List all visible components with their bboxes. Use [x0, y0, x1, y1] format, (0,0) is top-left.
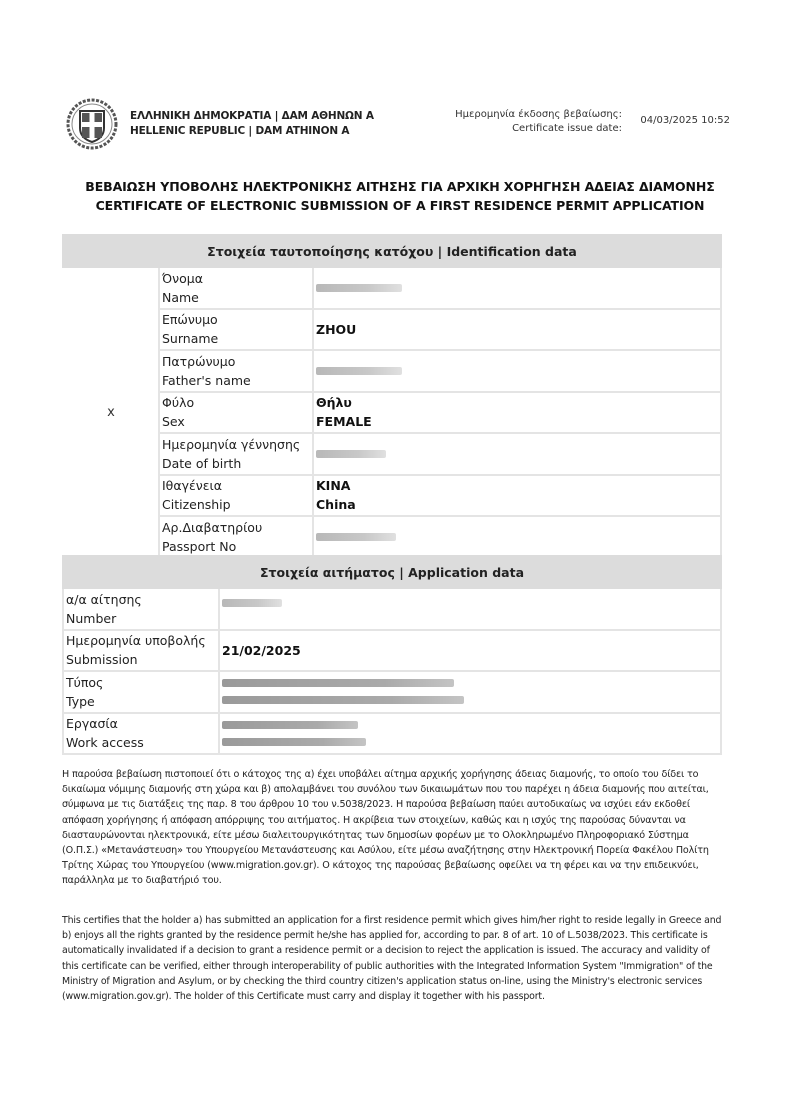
label-gr: Όνομα: [162, 269, 312, 288]
label-en: Number: [66, 609, 218, 628]
sex-value-gr: Θήλυ: [316, 393, 720, 412]
app-row-type: ΤύποςType: [63, 671, 721, 713]
redacted-value: [222, 679, 454, 687]
redacted-value: [222, 738, 366, 746]
label-gr: Ημερομηνία υποβολής: [66, 631, 218, 650]
label-en: Date of birth: [162, 454, 312, 473]
label-en: Surname: [162, 329, 312, 348]
label-gr: Φύλο: [162, 393, 312, 412]
label-en: Father's name: [162, 371, 312, 390]
id-row-surname: ΕπώνυμοSurname ZHOU: [63, 309, 721, 351]
submission-date-value: 21/02/2025: [219, 630, 721, 672]
id-row-citizenship: ΙθαγένειαCitizenship KINAChina: [63, 475, 721, 517]
label-gr: Τύπος: [66, 673, 218, 692]
application-table: Στοιχεία αιτήματος | Application data α/…: [62, 555, 722, 755]
sex-value-en: FEMALE: [316, 412, 720, 431]
citizenship-value-en: China: [316, 495, 720, 514]
label-en: Work access: [66, 733, 218, 752]
app-row-number: α/α αίτησηςNumber: [63, 588, 721, 630]
id-row-name: x ΌνομαName: [63, 267, 721, 309]
issue-date-label-gr: Ημερομηνία έκδοσης βεβαίωσης:: [455, 108, 622, 122]
photo-placeholder: x: [63, 267, 159, 558]
label-gr: Επώνυμο: [162, 310, 312, 329]
surname-value: ZHOU: [313, 309, 721, 351]
id-row-sex: ΦύλοSex ΘήλυFEMALE: [63, 392, 721, 434]
issue-date-value: 04/03/2025 10:52: [640, 115, 730, 126]
id-row-passport-no: Αρ.ΔιαβατηρίουPassport No: [63, 516, 721, 558]
label-en: Passport No: [162, 537, 312, 556]
label-gr: Αρ.Διαβατηρίου: [162, 518, 312, 537]
statement-greek: Η παρούσα βεβαίωση πιστοποιεί ότι ο κάτο…: [62, 767, 722, 889]
issue-date-label-en: Certificate issue date:: [455, 122, 622, 136]
issuer-block: ΕΛΛΗΝΙΚΗ ΔΗΜΟΚΡΑΤΙΑ | ΔΑΜ ΑΘΗΝΩΝ Α HELLE…: [130, 109, 374, 139]
redacted-value: [222, 721, 358, 729]
redacted-value: [222, 599, 282, 607]
id-row-fathers-name: ΠατρώνυμοFather's name: [63, 350, 721, 392]
label-en: Sex: [162, 412, 312, 431]
identification-heading: Στοιχεία ταυτοποίησης κατόχου | Identifi…: [63, 235, 721, 267]
redacted-value: [222, 696, 464, 704]
label-gr: Εργασία: [66, 714, 218, 733]
statement-english: This certifies that the holder a) has su…: [62, 913, 722, 1004]
redacted-value: [316, 284, 402, 292]
app-row-submission: Ημερομηνία υποβολήςSubmission 21/02/2025: [63, 630, 721, 672]
coat-of-arms-icon: [66, 98, 118, 150]
label-gr: Πατρώνυμο: [162, 352, 312, 371]
issuer-line-gr: ΕΛΛΗΝΙΚΗ ΔΗΜΟΚΡΑΤΙΑ | ΔΑΜ ΑΘΗΝΩΝ Α: [130, 109, 374, 124]
label-en: Name: [162, 288, 312, 307]
title-en: CERTIFICATE OF ELECTRONIC SUBMISSION OF …: [0, 196, 800, 215]
certificate-issue-date: Ημερομηνία έκδοσης βεβαίωσης: Certificat…: [430, 108, 730, 138]
title-gr: ΒΕΒΑΙΩΣΗ ΥΠΟΒΟΛΗΣ ΗΛΕΚΤΡΟΝΙΚΗΣ ΑΙΤΗΣΗΣ Γ…: [0, 177, 800, 196]
app-row-work-access: ΕργασίαWork access: [63, 713, 721, 755]
label-en: Submission: [66, 650, 218, 669]
document-title: ΒΕΒΑΙΩΣΗ ΥΠΟΒΟΛΗΣ ΗΛΕΚΤΡΟΝΙΚΗΣ ΑΙΤΗΣΗΣ Γ…: [0, 177, 800, 215]
label-gr: Ημερομηνία γέννησης: [162, 435, 312, 454]
label-en: Citizenship: [162, 495, 312, 514]
issuer-line-en: HELLENIC REPUBLIC | DAM ATHINON A: [130, 124, 374, 139]
label-en: Type: [66, 692, 218, 711]
id-row-date-of-birth: Ημερομηνία γέννησηςDate of birth: [63, 433, 721, 475]
redacted-value: [316, 367, 402, 375]
label-gr: Ιθαγένεια: [162, 476, 312, 495]
label-gr: α/α αίτησης: [66, 590, 218, 609]
redacted-value: [316, 533, 396, 541]
citizenship-value-gr: KINA: [316, 476, 720, 495]
identification-table: Στοιχεία ταυτοποίησης κατόχου | Identifi…: [62, 234, 722, 559]
redacted-value: [316, 450, 386, 458]
application-heading: Στοιχεία αιτήματος | Application data: [63, 556, 721, 588]
